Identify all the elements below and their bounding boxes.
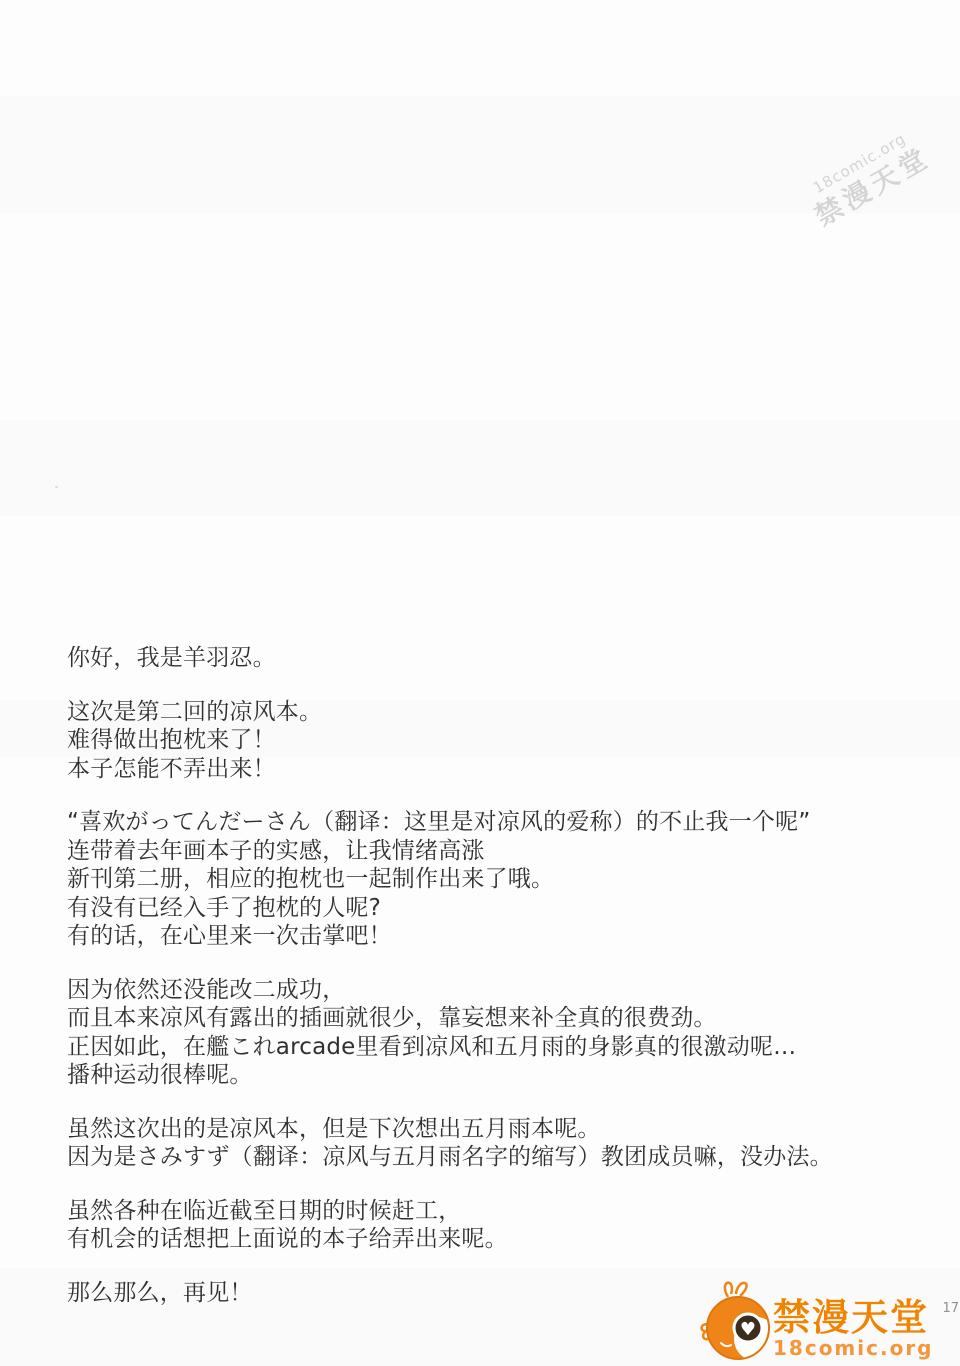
afterword-paragraph: 因为依然还没能改二成功，而且本来凉风有露出的插画就很少，靠妄想来补全真的很费劲。… (67, 976, 833, 1090)
afterword-line: 因为是さみすず（翻译：凉风与五月雨名字的缩写）教团成员嘛，没办法。 (67, 1143, 833, 1172)
scanned-page: 18comic.org 禁漫天堂 你好，我是羊羽忍。这次是第二回的凉风本。难得做… (0, 0, 960, 1366)
afterword-line: 虽然这次出的是凉风本，但是下次想出五月雨本呢。 (67, 1115, 833, 1144)
afterword-line: 连带着去年画本子的实感，让我情绪高涨 (67, 837, 833, 866)
afterword-line: 有机会的话想把上面说的本子给弄出来呢。 (67, 1225, 833, 1254)
afterword-line: “喜欢がってんだーさん（翻译：这里是对凉风的爱称）的不止我一个呢” (67, 808, 833, 837)
scan-band (0, 96, 960, 214)
afterword-line: 新刊第二册，相应的抱枕也一起制作出来了哦。 (67, 865, 833, 894)
brand-logo: ♥ 禁漫天堂 18comic.org (698, 1276, 934, 1366)
afterword-line: 而且本来凉风有露出的插画就很少，靠妄想来补全真的很费劲。 (67, 1004, 833, 1033)
afterword-line: 因为依然还没能改二成功， (67, 976, 833, 1005)
afterword-line: 这次是第二回的凉风本。 (67, 698, 833, 727)
afterword-line: 你好，我是羊羽忍。 (67, 644, 833, 673)
afterword-line: 难得做出抱枕来了！ (67, 726, 833, 755)
afterword-paragraph: 这次是第二回的凉风本。难得做出抱枕来了！本子怎能不弄出来！ (67, 698, 833, 784)
watermark: 18comic.org 禁漫天堂 (778, 110, 958, 246)
svg-text:♥: ♥ (740, 1319, 756, 1340)
afterword-line: 有的话，在心里来一次击掌吧！ (67, 922, 833, 951)
afterword-line: 播种运动很棒呢。 (67, 1061, 833, 1090)
afterword-paragraph: “喜欢がってんだーさん（翻译：这里是对凉风的爱称）的不止我一个呢”连带着去年画本… (67, 808, 833, 951)
afterword-line: 本子怎能不弄出来！ (67, 755, 833, 784)
afterword-paragraph: 你好，我是羊羽忍。 (67, 644, 833, 673)
afterword-line: 有没有已经入手了抱枕的人呢? (67, 894, 833, 923)
brand-site-url: 18comic.org (773, 1338, 934, 1359)
afterword: 你好，我是羊羽忍。这次是第二回的凉风本。难得做出抱枕来了！本子怎能不弄出来！“喜… (67, 644, 833, 1332)
afterword-line: 虽然各种在临近截至日期的时候赶工， (67, 1197, 833, 1226)
afterword-line: 正因如此，在艦これarcade里看到凉风和五月雨的身影真的很激动呢… (67, 1033, 833, 1062)
brand-text: 禁漫天堂 18comic.org (773, 1276, 934, 1359)
watermark-name: 禁漫天堂 (789, 129, 958, 246)
scan-speck (55, 486, 58, 488)
afterword-paragraph: 虽然这次出的是凉风本，但是下次想出五月雨本呢。因为是さみすず（翻译：凉风与五月雨… (67, 1115, 833, 1172)
mascot-icon: ♥ (698, 1276, 770, 1366)
watermark-url: 18comic.org (778, 110, 941, 217)
page-number: 17 (942, 1302, 959, 1316)
scan-band (0, 420, 960, 516)
brand-site-name: 禁漫天堂 (773, 1299, 934, 1337)
afterword-paragraph: 虽然各种在临近截至日期的时候赶工，有机会的话想把上面说的本子给弄出来呢。 (67, 1197, 833, 1254)
